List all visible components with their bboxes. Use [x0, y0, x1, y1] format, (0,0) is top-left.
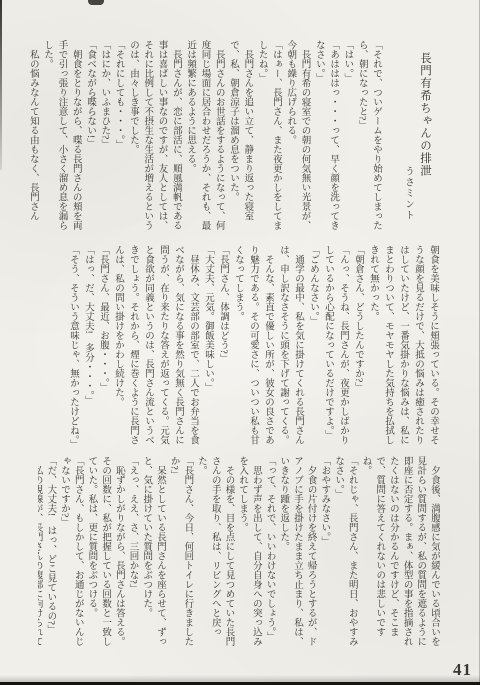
- paragraph: 「食べながら喋らない!」: [83, 40, 97, 232]
- paragraph: 「んっ、そうね、長門さんが、夜更かしばかりしているから心配になっているだけですよ…: [320, 245, 350, 449]
- paragraph: 「それじゃ、長門さん、また明日、おやすみなさい。」: [330, 456, 357, 653]
- story-text-top-block: 「それで、ついゲームをやり始めてしまったら、朝になったと?」「はい。」「あははは…: [27, 40, 383, 232]
- paragraph: 夕食の片付けを終えて帰ろうとするが、ドアノブに手を掛けたまま立ち止まり、私は、い…: [276, 456, 317, 653]
- paragraph: 呆然としている長門さんを座らせて、ずっと、気に掛けていた質問をぶつけた。: [139, 456, 166, 653]
- paragraph: 「それで、ついゲームをやり始めてしまったら、朝になったと?」: [354, 40, 383, 232]
- paragraph: 私の視線が、長門さんの腹部に向けられていることに気付いたのか、両手で覆い隠してし: [38, 456, 43, 653]
- paragraph: 「あはははっ・・・って、早く顔を洗ってきなさい。」: [312, 40, 341, 232]
- paragraph: 「長門さん、最近、お腹・・・。」: [95, 245, 110, 449]
- paragraph: 朝食を美味しそうに頬張っている。その幸せそうな顔を見るだけで、大抵の悩みは癒され…: [365, 245, 440, 449]
- paragraph: そんな、素直で優しい所が、彼女の良さであり魅力である。その可愛さに、ついつい私も…: [230, 245, 275, 449]
- paragraph: 思わず声を出して、自分自身への突っ込みを入れてしまう。: [234, 456, 261, 653]
- paragraph: 「はにか、いふまひた?」: [97, 40, 111, 232]
- author-name: うさミント: [401, 166, 415, 228]
- paragraph: 「長門さん、今日、何回トイレに行きましたか?」: [166, 456, 193, 653]
- page-number: 41: [453, 660, 472, 680]
- paragraph: 「おやすみなさい。」: [317, 456, 331, 653]
- paragraph: 長門さんが、恋に部活に、順風満帆である事は喜ばしい事なのですが、友人としては、そ…: [126, 40, 183, 232]
- paragraph: その様を、目を点にして見つめていた長門さんの手を取り、私は、リビングへと戻った。: [193, 456, 234, 653]
- paragraph: 夕食後、満腹感に気が緩んでいる頃合いを見計らい質問するが、私の質問を遮るように即…: [358, 456, 440, 653]
- paragraph: 「長門さん、体調はどう?」: [215, 245, 230, 449]
- paragraph: 朝食をとりながら、喋る長門さんの頬を両手で引っ張り注意して、小さく溜め息を漏らし…: [40, 40, 83, 232]
- paragraph: 恥ずかしがりながら、長門さんは答える。その回数に、私が把握している回数と一致して…: [84, 456, 125, 653]
- paragraph: 「長門さん、もしかして、お通じがないんじゃないですか?」: [56, 456, 83, 653]
- paragraph: 「はぁー、長門さん、また夜更かしをしてましたね。」: [254, 40, 283, 232]
- story-title: 長門有希ちゃんの排泄: [417, 52, 433, 182]
- paragraph: 「だ、大丈夫! はっ、どこ見ているの?」: [43, 456, 57, 653]
- paragraph: 私の悩みなんて知る由もなく、長門さんは、: [27, 40, 40, 232]
- paragraph: 長門さんを追い立て、静まり返った寝室で、私、朝倉涼子は溜め息をついた。: [226, 40, 255, 232]
- scanned-doujinshi-page: 長門有希ちゃんの排泄 うさミント 「それで、ついゲームをやり始めてしまったら、朝…: [0, 0, 480, 685]
- paragraph: 「はっ、だ、大丈夫! 多分・・・。」: [80, 245, 95, 449]
- paragraph: 「ごめんなさい。」: [305, 245, 320, 449]
- paragraph: 「って、それで、いいわけないでしょう。」: [262, 456, 276, 653]
- scan-artifact-top-speck: [88, 0, 104, 5]
- scan-artifact-bottom-fade: [0, 675, 480, 682]
- paragraph: 「えっ、ええ、さ、三回かな?」: [125, 456, 139, 653]
- paragraph: 「朝倉さん、どうしたんですか?」: [350, 245, 365, 449]
- paragraph: 「はい。」: [340, 40, 354, 232]
- paragraph: 長門有希の寝室での朝の何気無い光景が、今朝も繰り広げられる。: [283, 40, 312, 232]
- story-text-middle-block: 朝食を美味しそうに頬張っている。その幸せそうな顔を見るだけで、大抵の悩みは癒され…: [35, 245, 440, 449]
- paragraph: 昼休み、文芸部の部室で、二人でお弁当を食べながら、気になる事を然り気無く長門さん…: [110, 245, 200, 449]
- paragraph: 「それにしても・・・。」: [111, 40, 125, 232]
- story-text-bottom-block: 夕食後、満腹感に気が緩んでいる頃合いを見計らい質問するが、私の質問を遮るように即…: [38, 456, 440, 653]
- paragraph: 通学の最中、私を気に掛けてくれる長門さんは、申し訳なさそうに頭を下げて謝ってくる…: [275, 245, 305, 449]
- scan-artifact-left-edge: [0, 0, 2, 170]
- paragraph: 長門さんのお世話をするようになって、何度同じ場面に居合わせだろうか、それも、最近…: [183, 40, 226, 232]
- paragraph: 「大丈夫、元気。御飯美味しい。」: [200, 245, 215, 449]
- paragraph: 「そう、そういう意味じゃ、無かったけどね。」: [65, 245, 80, 449]
